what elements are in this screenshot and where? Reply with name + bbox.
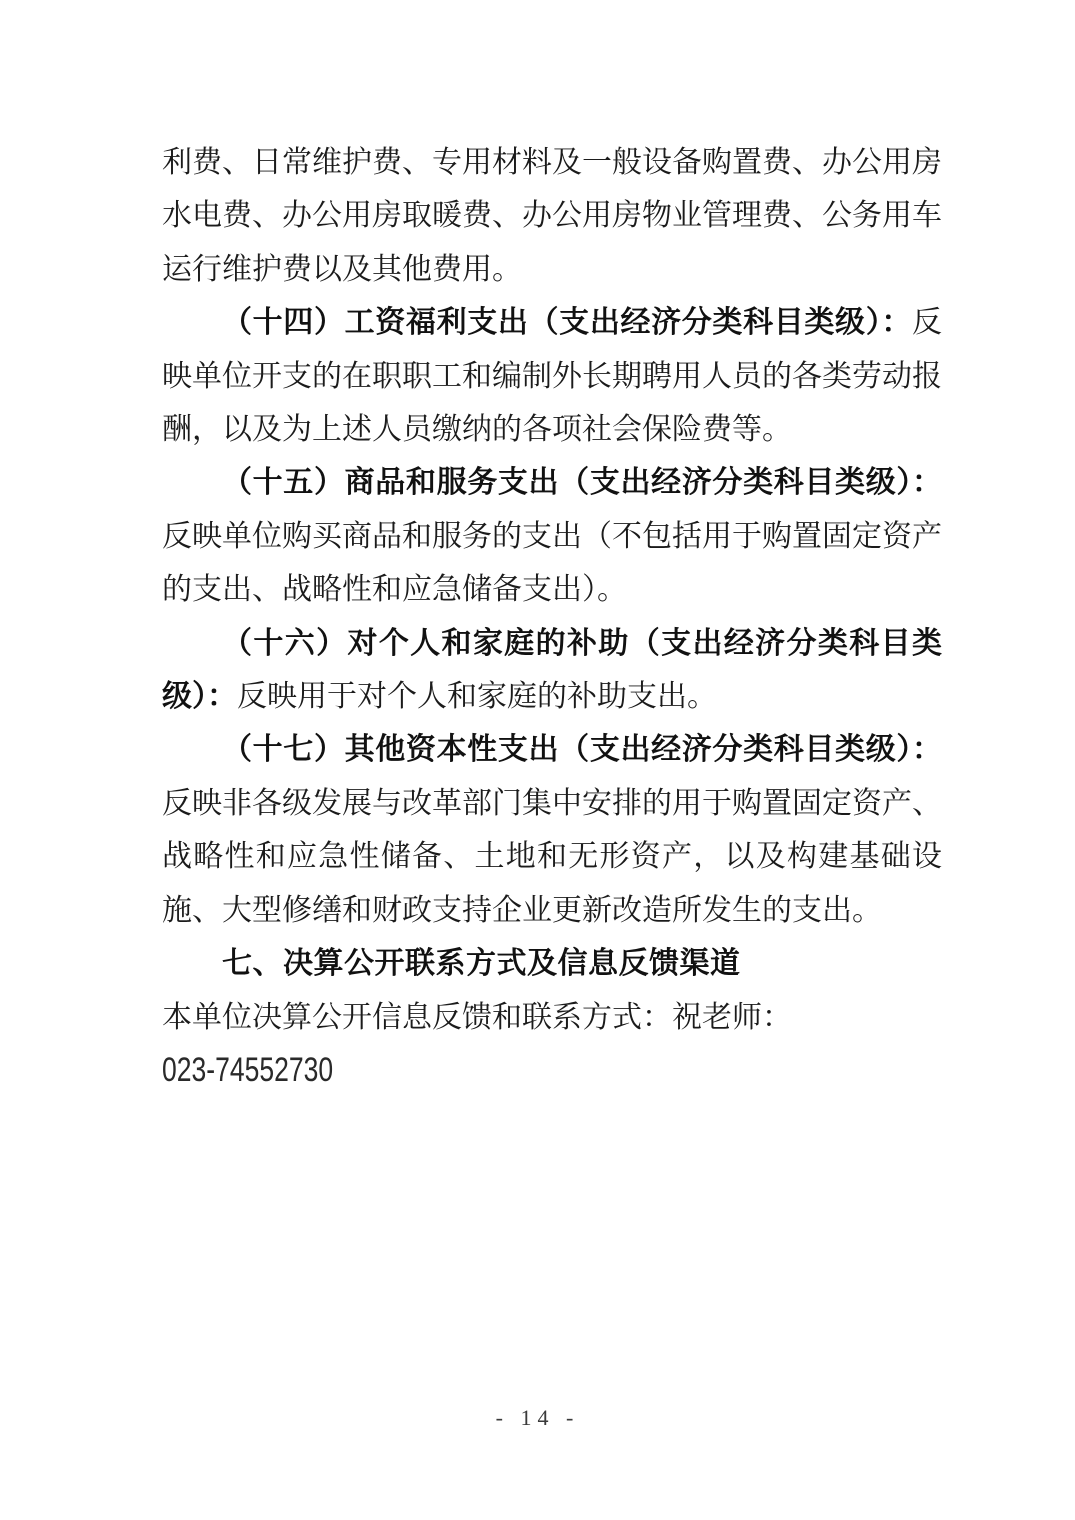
section-heading: 七、决算公开联系方式及信息反馈渠道 [162,937,942,990]
document-body: 利费、日常维护费、专用材料及一般设备购置费、办公用房水电费、办公用房取暖费、办公… [162,136,942,1097]
paragraph: （十五）商品和服务支出（支出经济分类科目类级）：反映单位购买商品和服务的支出（不… [162,456,942,616]
contact-line: 本单位决算公开信息反馈和联系方式：祝老师： [162,991,942,1044]
paragraph: （十六）对个人和家庭的补助（支出经济分类科目类级）：反映用于对个人和家庭的补助支… [162,617,942,724]
paragraph: 利费、日常维护费、专用材料及一般设备购置费、办公用房水电费、办公用房取暖费、办公… [162,136,942,296]
paragraph-text-bold: （十五）商品和服务支出（支出经济分类科目类级）： [222,466,942,499]
paragraph-text-bold: （十四）工资福利支出（支出经济分类科目类级）： [222,306,912,339]
paragraph-text: 反映非各级发展与改革部门集中安排的用于购置固定资产、战略性和应急性储备、土地和无… [162,787,942,927]
paragraph-text: 反映单位购买商品和服务的支出（不包括用于购置固定资产的支出、战略性和应急储备支出… [162,520,942,606]
paragraph-text-bold: 七、决算公开联系方式及信息反馈渠道 [222,947,741,980]
paragraph: （十四）工资福利支出（支出经济分类科目类级）：反映单位开支的在职职工和编制外长期… [162,296,942,456]
contact-phone: 023-74552730 [162,1044,770,1097]
paragraph-text: 利费、日常维护费、专用材料及一般设备购置费、办公用房水电费、办公用房取暖费、办公… [162,146,942,286]
paragraph-text: 023-74552730 [162,1051,333,1089]
paragraph-text: 本单位决算公开信息反馈和联系方式：祝老师： [162,1001,792,1034]
page-number: - 14 - [0,1405,1075,1431]
document-page: 利费、日常维护费、专用材料及一般设备购置费、办公用房水电费、办公用房取暖费、办公… [0,0,1075,1520]
paragraph-text-bold: （十七）其他资本性支出（支出经济分类科目类级）： [222,733,942,766]
paragraph-text: 反映用于对个人和家庭的补助支出。 [237,680,717,713]
paragraph: （十七）其他资本性支出（支出经济分类科目类级）：反映非各级发展与改革部门集中安排… [162,723,942,937]
